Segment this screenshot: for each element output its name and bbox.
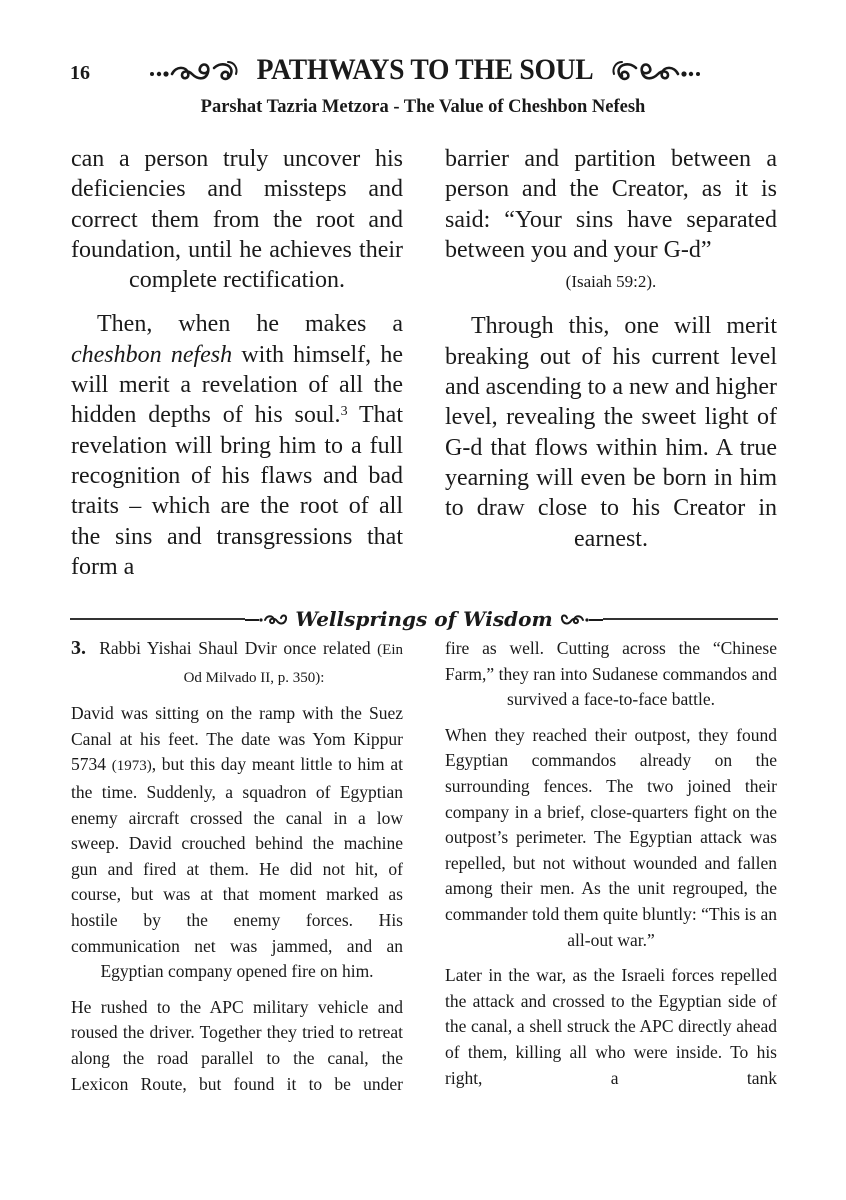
- main-text-right-column: barrier and partition between a person a…: [445, 144, 777, 554]
- scroll-ornament-icon: [245, 611, 291, 627]
- footnote-right-column: fire as well. Cutting across the “Chines…: [445, 636, 777, 1091]
- scripture-reference: (Isaiah 59:2).: [445, 265, 777, 297]
- footnote-intro: 3. Rabbi Yishai Shaul Dvir once related …: [71, 636, 403, 691]
- reference-text: (Isaiah 59:2).: [566, 272, 657, 291]
- main-paragraph: barrier and partition between a person a…: [445, 144, 777, 265]
- footnote-paragraph: fire as well. Cutting across the “Chines…: [445, 636, 777, 713]
- footnote-paragraph: Later in the war, as the Israeli forces …: [445, 963, 777, 1091]
- main-text-left-column: can a person truly uncover his deficienc…: [71, 144, 403, 582]
- divider-rule: [603, 618, 778, 620]
- footnote-number: 3.: [71, 637, 86, 659]
- footnote-left-column: 3. Rabbi Yishai Shaul Dvir once related …: [71, 636, 403, 1097]
- book-title: PATHWAYS TO THE SOUL: [257, 53, 594, 87]
- chapter-subtitle: Parshat Tazria Metzora - The Value of Ch…: [0, 96, 846, 118]
- year-note: (1973): [112, 758, 152, 774]
- footnote-paragraph: David was sitting on the ramp with the S…: [71, 701, 403, 985]
- divider-rule: [70, 618, 245, 620]
- text-run: , but this day meant little to him at th…: [71, 754, 403, 981]
- text-run: Then, when he makes a: [97, 311, 403, 337]
- main-paragraph: Through this, one will merit breaking ou…: [445, 311, 777, 553]
- italic-term: cheshbon nefesh: [71, 342, 232, 368]
- text-run: Rabbi Yishai Shaul Dvir once related: [99, 638, 377, 658]
- main-paragraph: Then, when he makes a cheshbon nefesh wi…: [71, 309, 403, 582]
- scroll-ornament-right-icon: [610, 56, 702, 84]
- footnote-reference[interactable]: 3: [341, 404, 348, 419]
- page-number: 16: [70, 61, 90, 85]
- divider-label: Wellsprings of Wisdom: [291, 607, 556, 631]
- footnote-paragraph: When they reached their outpost, they fo…: [445, 723, 777, 953]
- text-run: barrier and partition between a person a…: [445, 146, 777, 263]
- section-divider: Wellsprings of Wisdom: [70, 605, 778, 633]
- scroll-ornament-icon: [557, 611, 603, 627]
- footnote-paragraph: He rushed to the APC military vehicle an…: [71, 995, 403, 1097]
- running-head: PATHWAYS TO THE SOUL: [130, 50, 720, 90]
- text-run: That revelation will bring him to a full…: [71, 402, 403, 579]
- main-paragraph: can a person truly uncover his deficienc…: [71, 144, 403, 295]
- scroll-ornament-left-icon: [148, 56, 240, 84]
